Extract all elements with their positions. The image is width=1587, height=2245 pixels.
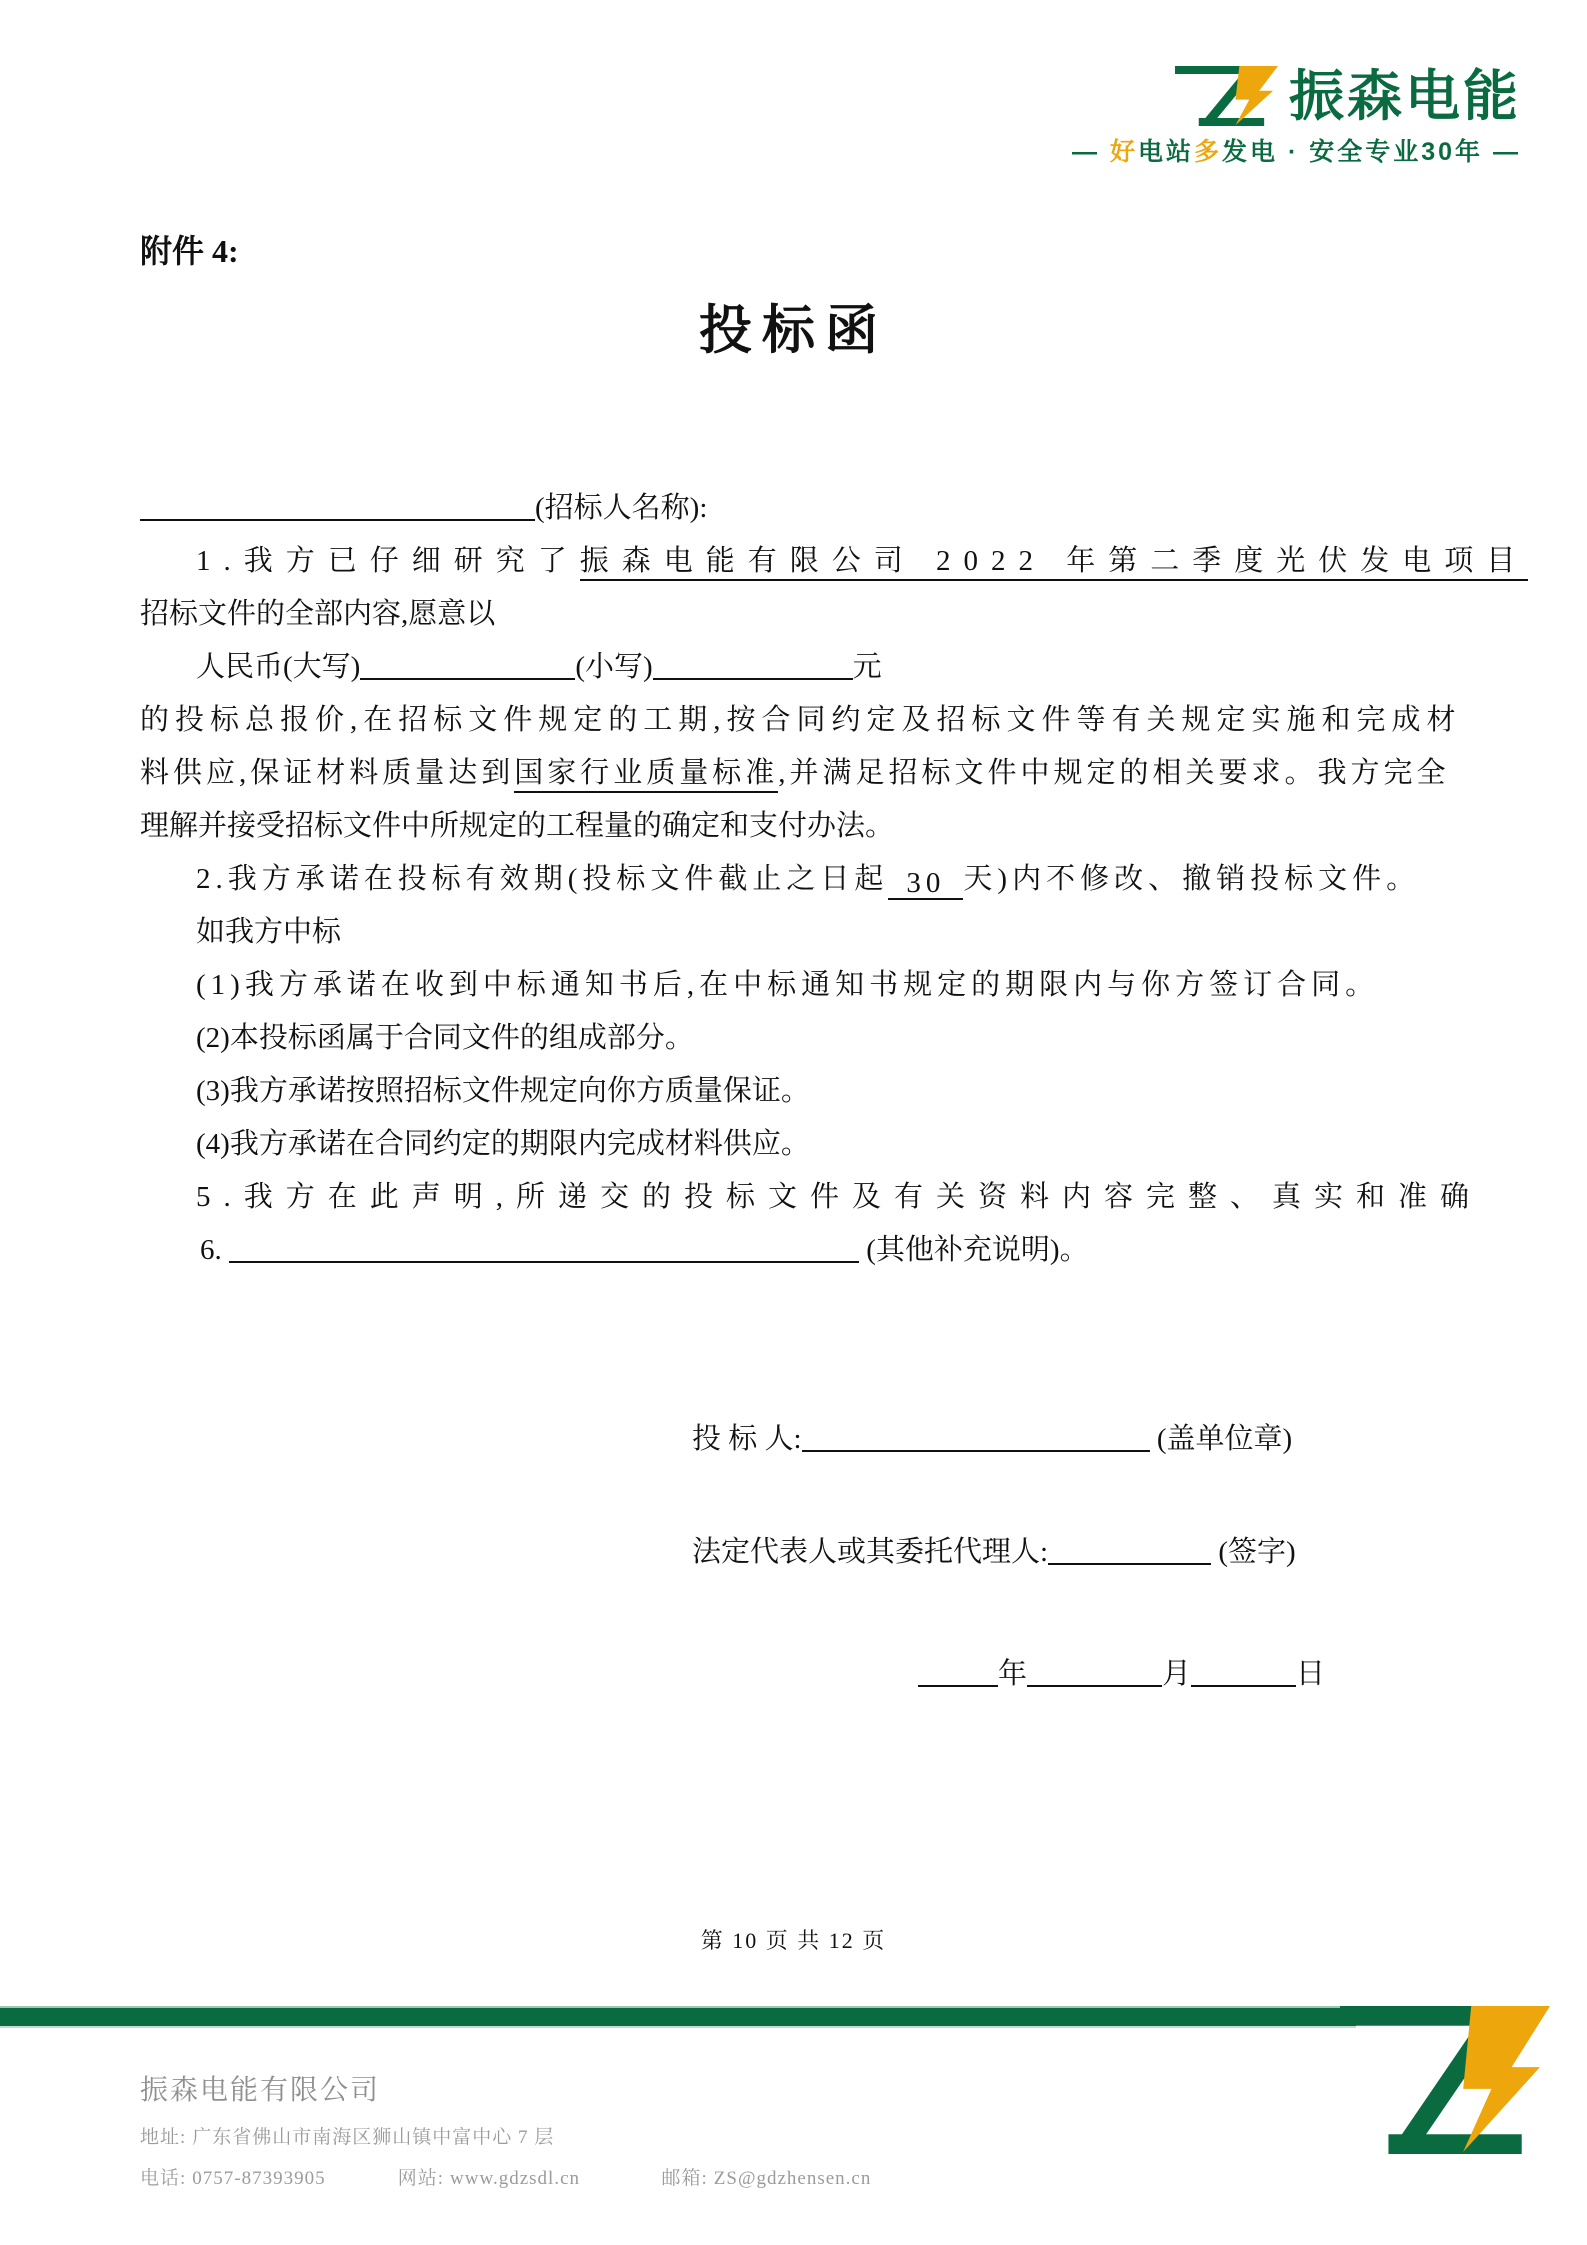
tenderer-name-line: (招标人名称):: [140, 482, 1512, 535]
address-label: 地址:: [140, 2127, 186, 2148]
body-line-1: 1.我方已仔细研究了振森电能有限公司 2022 年第二季度光伏发电项目: [140, 535, 1512, 588]
body-line-4: 料供应,保证材料质量达到国家行业质量标准,并满足招标文件中规定的相关要求。我方完…: [140, 747, 1512, 800]
blank-underline: [802, 1420, 1150, 1452]
price-line: 人民币(大写)(小写)元: [140, 641, 1512, 694]
text-segment: 的投标总报价,在招标文件规定的工期,按合同约定及招标文件等有关规定实施和完成材: [140, 704, 1462, 736]
tagline-segment: 发电: [1222, 138, 1278, 166]
text-segment: (招标人名称):: [535, 492, 707, 524]
body-line-11: (4)我方承诺在合同约定的期限内完成材料供应。: [140, 1118, 1512, 1171]
text-segment: 法定代表人或其委托代理人:: [692, 1536, 1048, 1568]
company-email: 邮箱:ZS@gdzhensen.cn: [662, 2163, 872, 2190]
text-segment: (3)我方承诺按照招标文件规定向你方质量保证。: [196, 1075, 810, 1107]
footer-info: 振森电能有限公司 地址:广东省佛山市南海区狮山镇中富中心 7 层 电话:0757…: [140, 2068, 871, 2190]
brand-name: 振森电能: [1289, 66, 1521, 126]
text-segment: 料供应,保证材料质量达到: [140, 757, 514, 789]
body-line-10: (3)我方承诺按照招标文件规定向你方质量保证。: [140, 1065, 1512, 1118]
body-line-12: 5.我方在此声明,所递交的投标文件及有关资料内容完整、真实和准确: [140, 1171, 1512, 1224]
document-body: (招标人名称):1.我方已仔细研究了振森电能有限公司 2022 年第二季度光伏发…: [140, 482, 1512, 1701]
document-title: 投标函: [0, 288, 1587, 364]
text-segment: (小写): [575, 651, 652, 683]
text-segment: (2)本投标函属于合同文件的组成部分。: [196, 1022, 694, 1054]
text-segment: 5.我方在此声明,所递交的投标文件及有关资料内容完整、真实和准确: [196, 1181, 1482, 1213]
text-segment: (4)我方承诺在合同约定的期限内完成材料供应。: [196, 1128, 810, 1160]
tagline-segment: ·: [1278, 138, 1309, 166]
tagline-segment: 电站: [1138, 138, 1194, 166]
text-segment: 日: [1296, 1658, 1325, 1690]
text-segment: 天)内不修改、撤销投标文件。: [963, 863, 1420, 895]
text-segment: (签字): [1211, 1536, 1296, 1568]
supplement-line: 6. (其他补充说明)。: [140, 1224, 1512, 1277]
tagline-segment: 安全专业30年: [1309, 138, 1483, 166]
blank-underline: [360, 648, 575, 680]
text-segment: 如我方中标: [196, 916, 341, 948]
blank-underline: [653, 648, 853, 680]
blank-underline: 30: [888, 868, 963, 900]
text-segment: 投 标 人:: [692, 1423, 802, 1455]
document-page: 振森电能 — 好电站多发电 · 安全专业30年 — 附件 4: 投标函 (招标人…: [0, 0, 1587, 2245]
brand-z-lightning-icon: [1175, 66, 1279, 126]
company-address: 地址:广东省佛山市南海区狮山镇中富中心 7 层: [140, 2122, 871, 2149]
address-value: 广东省佛山市南海区狮山镇中富中心 7 层: [192, 2127, 554, 2148]
footer-z-lightning-icon: [1340, 2006, 1552, 2154]
company-name: 振森电能有限公司: [140, 2068, 871, 2108]
text-segment: 月: [1162, 1658, 1191, 1690]
text-segment: 国家行业质量标准: [514, 757, 778, 793]
body-line-8: (1)我方承诺在收到中标通知书后,在中标通知书规定的期限内与你方签订合同。: [140, 959, 1512, 1012]
text-segment: 振森电能有限公司 2022 年第二季度光伏发电项目: [580, 545, 1529, 581]
body-line-6: 2.我方承诺在投标有效期(投标文件截止之日起30天)内不修改、撤销投标文件。: [140, 853, 1512, 906]
blank-underline: [140, 489, 535, 521]
blank-underline: [1191, 1655, 1296, 1687]
blank-underline: [229, 1231, 859, 1263]
header-logo: 振森电能 — 好电站多发电 · 安全专业30年 —: [1072, 66, 1521, 168]
blank-underline: [1027, 1655, 1162, 1687]
text-segment: 1.我方已仔细研究了: [196, 545, 580, 577]
tagline-segment: 多: [1194, 138, 1222, 166]
text-segment: 元: [853, 651, 882, 683]
text-segment: 年: [998, 1658, 1027, 1690]
text-segment: 6.: [200, 1234, 229, 1266]
blank-underline: [918, 1655, 998, 1687]
representative-signature-line: 法定代表人或其委托代理人: (签字): [140, 1526, 1512, 1579]
company-phone: 电话:0757-87393905: [140, 2163, 392, 2190]
footer-band: [0, 2006, 1356, 2028]
body-line-5: 理解并接受招标文件中所规定的工程量的确定和支付办法。: [140, 800, 1512, 853]
text-segment: 招标文件的全部内容,愿意以: [140, 598, 495, 630]
company-website: 网站:www.gdzsdl.cn: [398, 2163, 656, 2190]
text-segment: (盖单位章): [1150, 1423, 1293, 1455]
date-line: 年月日: [140, 1648, 1512, 1701]
body-line-3: 的投标总报价,在招标文件规定的工期,按合同约定及招标文件等有关规定实施和完成材: [140, 694, 1512, 747]
text-segment: 理解并接受招标文件中所规定的工程量的确定和支付办法。: [140, 810, 894, 842]
tagline-segment: —: [1072, 138, 1110, 166]
company-contacts: 电话:0757-87393905 网站:www.gdzsdl.cn 邮箱:ZS@…: [140, 2163, 871, 2190]
tagline-segment: —: [1483, 138, 1521, 166]
tagline-segment: 好: [1110, 138, 1138, 166]
text-segment: 人民币(大写): [196, 651, 360, 683]
bidder-signature-line: 投 标 人: (盖单位章): [140, 1413, 1512, 1466]
brand-tagline: — 好电站多发电 · 安全专业30年 —: [1072, 132, 1521, 168]
blank-underline: [1048, 1533, 1211, 1565]
page-number: 第 10 页 共 12 页: [0, 1924, 1587, 1955]
text-segment: ,并满足招标文件中规定的相关要求。我方完全: [778, 757, 1449, 789]
attachment-label: 附件 4:: [140, 226, 239, 272]
text-segment: 2.我方承诺在投标有效期(投标文件截止之日起: [196, 863, 888, 895]
body-line-2: 招标文件的全部内容,愿意以: [140, 588, 1512, 641]
body-line-9: (2)本投标函属于合同文件的组成部分。: [140, 1012, 1512, 1065]
text-segment: (1)我方承诺在收到中标通知书后,在中标通知书规定的期限内与你方签订合同。: [196, 969, 1379, 1001]
text-segment: (其他补充说明)。: [859, 1234, 1089, 1266]
body-line-7: 如我方中标: [140, 906, 1512, 959]
